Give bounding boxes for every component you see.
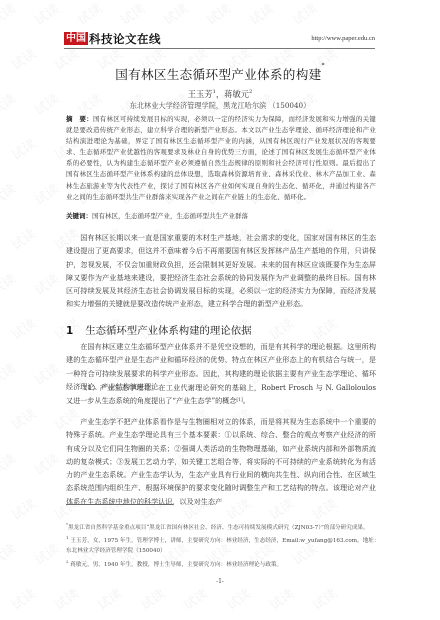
watermark-text: 试读 — [7, 313, 39, 343]
watermark-text: 试读 — [7, 133, 39, 163]
section-number: 1 — [66, 325, 73, 337]
footnote-mark: 1 — [66, 535, 69, 540]
author-mark: 2 — [249, 89, 252, 95]
watermark-text: 试读 — [0, 448, 19, 478]
watermark-text: 试读 — [136, 583, 168, 613]
footnote-text: 黑龙江省自然科学基金重点项目“黑龙江省国有林区社会、经济、生态可持续发展模式研究… — [68, 525, 369, 531]
watermark-text: 试读 — [308, 583, 340, 613]
title-text: 国有林区生态循环型产业体系的构建 — [115, 67, 321, 82]
watermark-text: 试读 — [159, 0, 191, 29]
watermark-text: 试读 — [179, 583, 211, 613]
footnote: 2 蒋敏元，男，1940 年生，教授，博士生导师，主要研究方向：林业经济理论与政… — [66, 557, 381, 570]
watermark-text: 试读 — [7, 403, 39, 433]
abstract-text: 国有林区可持续发展目标的实现，必须以一定的经济实力为保障，而经济发展和实力增强的… — [66, 115, 376, 201]
affiliation: 东北林业大学经济管理学院，黑龙江哈尔滨 （150040） — [0, 101, 440, 111]
footnote-text: 王玉芳，女，1975 年生，管理学博士，讲师，主要研究方向：林业经济，生态经济，… — [66, 538, 379, 554]
watermark-text: 试读 — [30, 0, 62, 29]
title-footnote-mark: * — [322, 62, 325, 69]
footnote-divider — [66, 504, 173, 505]
watermark-text: 试读 — [30, 358, 62, 388]
watermark-text: 试读 — [93, 583, 125, 613]
footnotes: *黑龙江省自然科学基金重点项目“黑龙江省国有林区社会、经济、生态可持续发展模式研… — [66, 520, 381, 570]
site-logo[interactable]: 中国 科技论文在线 — [64, 31, 161, 46]
abstract: 摘 要：国有林区可持续发展目标的实现，必须以一定的经济实力为保障，而经济发展和实… — [66, 114, 376, 203]
footnote-text: 蒋敏元，男，1940 年生，教授，博士生导师，主要研究方向：林业经济理论与政策。 — [70, 561, 282, 567]
watermark-text: 试读 — [7, 583, 39, 613]
keywords-label: 关键词： — [66, 212, 92, 220]
watermark-text: 试读 — [30, 178, 62, 208]
logo-red-part: 中国 — [64, 32, 88, 45]
abstract-label: 摘 要： — [66, 115, 93, 123]
watermark-text: 试读 — [7, 493, 39, 523]
watermark-text: 试读 — [116, 0, 148, 29]
footnote: *黑龙江省自然科学基金重点项目“黑龙江省国有林区社会、经济、生态可持续发展模式研… — [66, 520, 381, 533]
watermark-text: 试读 — [288, 0, 320, 29]
watermark-text: 试读 — [0, 538, 19, 568]
watermark-text: 试读 — [7, 223, 39, 253]
author-name: 蒋敏元 — [224, 89, 249, 99]
page-number: -1- — [0, 578, 440, 585]
paragraph-end: 。 — [243, 396, 250, 405]
footnote: 1 王玉芳，女，1975 年生，管理学博士，讲师，主要研究方向：林业经济，生态经… — [66, 533, 381, 556]
author-list: 王玉芳1，蒋敏元2 — [0, 88, 440, 100]
keywords-text: 国有林区，生态循环型产业，生态循环型共生产业群落 — [92, 212, 248, 220]
watermark-text: 试读 — [222, 583, 254, 613]
logo-black-part: 科技论文在线 — [89, 31, 161, 47]
intro-paragraph: 国有林区长期以来一直是国家重要的木材生产基地，社会需求的变化，国家对国有林区的生… — [66, 231, 376, 311]
watermark-text: 试读 — [0, 178, 19, 208]
watermark-text: 试读 — [30, 268, 62, 298]
watermark-text: 试读 — [30, 538, 62, 568]
site-url-link[interactable]: http://www.paper.edu.cn — [311, 35, 375, 42]
author-separator: ， — [216, 89, 224, 99]
watermark-text: 试读 — [265, 583, 297, 613]
header-divider — [64, 48, 375, 49]
section-paragraph: （1）产业生态学理论。在工业代谢理论研究的基础上，Robert Frosch 与… — [66, 381, 376, 408]
watermark-text: 试读 — [245, 0, 277, 29]
paragraph-text: （1）产业生态学理论。在工业代谢理论研究的基础上，Robert Frosch 与… — [66, 383, 376, 405]
watermark-text: 试读 — [0, 358, 19, 388]
footnote-mark: 2 — [66, 559, 69, 564]
author-name: 王玉芳 — [188, 89, 213, 99]
watermark-text: 试读 — [0, 268, 19, 298]
section-paragraph: 产业生态学不把产业体系看作是与生物圈相对立的体系，而是将其视为生态系统中一个重要… — [66, 415, 376, 508]
watermark-text: 试读 — [202, 0, 234, 29]
paper-title: 国有林区生态循环型产业体系的构建* — [0, 64, 440, 83]
section-heading: 1生态循环型产业体系构建的理论依据 — [66, 322, 251, 337]
watermark-text: 试读 — [73, 0, 105, 29]
watermark-text: 试读 — [0, 0, 19, 29]
page-header: 中国 科技论文在线 http://www.paper.edu.cn — [64, 31, 375, 51]
keywords: 关键词：国有林区，生态循环型产业，生态循环型共生产业群落 — [66, 211, 376, 220]
watermark-text: 试读 — [30, 448, 62, 478]
section-title: 生态循环型产业体系构建的理论依据 — [85, 325, 251, 337]
watermark-text: 试读 — [50, 583, 82, 613]
